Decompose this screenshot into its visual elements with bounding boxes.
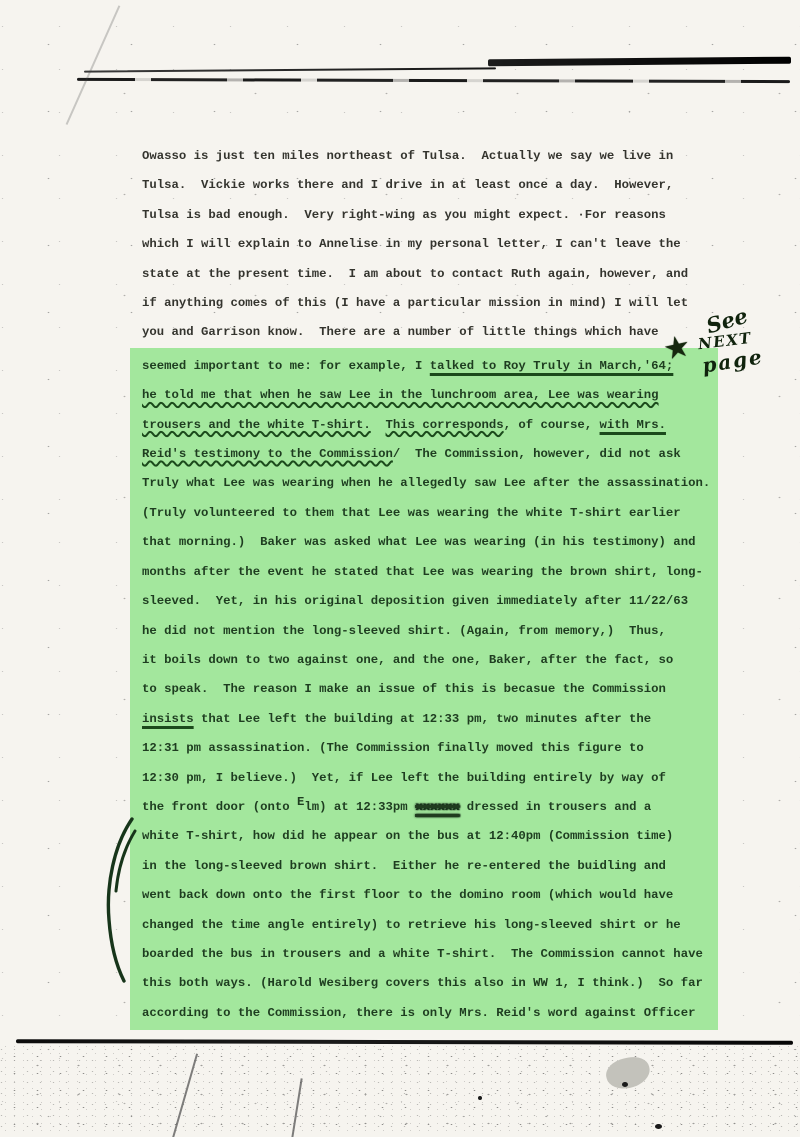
typed-line: sleeved. Yet, in his original deposition… — [142, 587, 718, 616]
scan-artifact-line — [16, 1039, 793, 1045]
typed-text: (Truly volunteered to them that Lee was … — [142, 506, 681, 520]
scan-noise-strip — [0, 1046, 800, 1137]
typed-text: that morning.) Baker was asked what Lee … — [142, 535, 695, 549]
typed-text: it boils down to two against one, and th… — [142, 653, 673, 667]
plain-lines: Owasso is just ten miles northeast of Tu… — [142, 142, 718, 348]
typed-text: state at the present time. I am about to… — [142, 267, 688, 281]
typed-text: 12:31 pm assassination. (The Commission … — [142, 741, 644, 755]
typed-text-body: Owasso is just ten miles northeast of Tu… — [142, 142, 718, 1030]
typed-text: white T-shirt, how did he appear on the … — [142, 829, 673, 843]
typed-text: Tulsa is bad enough. Very right-wing as … — [142, 208, 666, 222]
typed-line: he told me that when he saw Lee in the l… — [142, 381, 718, 410]
underlined-text: with Mrs. — [600, 418, 666, 432]
typed-line: Owasso is just ten miles northeast of Tu… — [142, 142, 718, 171]
typed-text: months after the event he stated that Le… — [142, 565, 703, 579]
typed-line: Tulsa. Vickie works there and I drive in… — [142, 171, 718, 200]
typed-line: you and Garrison know. There are a numbe… — [142, 318, 718, 347]
typed-text: to speak. The reason I make an issue of … — [142, 682, 666, 696]
scan-speck — [655, 1124, 662, 1129]
typed-line: according to the Commission, there is on… — [142, 999, 718, 1028]
typed-line: it boils down to two against one, and th… — [142, 646, 718, 675]
scanned-letter-page: Owasso is just ten miles northeast of Tu… — [0, 0, 800, 1137]
typed-text: which I will explain to Annelise in my p… — [142, 237, 681, 251]
typed-line: Tulsa is bad enough. Very right-wing as … — [142, 201, 718, 230]
typed-line: 12:31 pm assassination. (The Commission … — [142, 734, 718, 763]
typed-line: Truly what Lee was wearing when he alleg… — [142, 469, 718, 498]
typed-text: according to the Commission, there is on… — [142, 1006, 695, 1020]
typed-text: that Lee left the building at 12:33 pm, … — [194, 712, 652, 726]
typed-text: dressed in trousers and a — [459, 800, 651, 814]
underlined-text: insists — [142, 712, 194, 726]
typed-line: to speak. The reason I make an issue of … — [142, 675, 718, 704]
scan-artifact-line — [77, 78, 790, 83]
typed-line: Reid's testimony to the Commission/ The … — [142, 440, 718, 469]
typed-line: seemed important to me: for example, I t… — [142, 352, 718, 381]
scan-hairline — [291, 1078, 302, 1137]
typed-text: sleeved. Yet, in his original deposition… — [142, 594, 688, 608]
typed-line: white T-shirt, how did he appear on the … — [142, 822, 718, 851]
typed-line: state at the present time. I am about to… — [142, 260, 718, 289]
typed-text: Tulsa. Vickie works there and I drive in… — [142, 178, 673, 192]
highlighted-passage: seemed important to me: for example, I t… — [130, 348, 718, 1030]
typed-line: changed the time angle entirely) to retr… — [142, 911, 718, 940]
scan-hairline — [172, 1053, 198, 1137]
typed-text: if anything comes of this (I have a part… — [142, 296, 688, 310]
underlined-text: talked to Roy Truly in March,'64; — [430, 359, 674, 373]
typed-text: you and Garrison know. There are a numbe… — [142, 325, 659, 339]
typed-line: if anything comes of this (I have a part… — [142, 289, 718, 318]
scan-hairline — [66, 5, 120, 124]
typed-text — [371, 418, 386, 432]
scan-artifact-line — [84, 67, 496, 72]
typed-line: insists that Lee left the building at 12… — [142, 705, 718, 734]
typed-line: which I will explain to Annelise in my p… — [142, 230, 718, 259]
typed-text: changed the time angle entirely) to retr… — [142, 918, 681, 932]
margin-pen-stroke — [102, 815, 138, 987]
typed-text: Truly what Lee was wearing when he alleg… — [142, 476, 710, 490]
scan-speck — [478, 1096, 482, 1100]
typed-line: went back down onto the first floor to t… — [142, 881, 718, 910]
typed-text: Owasso is just ten miles northeast of Tu… — [142, 149, 673, 163]
typed-text: seemed important to me: for example, I — [142, 359, 430, 373]
scan-smudge — [603, 1054, 652, 1092]
typed-text: 12:30 pm, I believe.) Yet, if Lee left t… — [142, 771, 666, 785]
underlined-text: Reid's testimony to the Commission — [142, 447, 393, 461]
typed-line: months after the event he stated that Le… — [142, 558, 718, 587]
typed-text: the front door (onto — [142, 800, 297, 814]
typed-line: this both ways. (Harold Wesiberg covers … — [142, 969, 718, 998]
typed-text: in the long-sleeved brown shirt. Either … — [142, 859, 666, 873]
typed-line: 12:30 pm, I believe.) Yet, if Lee left t… — [142, 764, 718, 793]
struck-out-text: xxxxxx — [415, 800, 459, 814]
underlined-text: trousers and the white T-shirt. — [142, 418, 371, 432]
scan-artifact-line — [488, 57, 791, 67]
typed-line: he did not mention the long-sleeved shir… — [142, 617, 718, 646]
typed-line: that morning.) Baker was asked what Lee … — [142, 528, 718, 557]
typed-text: he did not mention the long-sleeved shir… — [142, 624, 666, 638]
scan-speck — [622, 1082, 628, 1087]
underlined-text: he told me that when he saw Lee in the l… — [142, 388, 659, 402]
typed-text: went back down onto the first floor to t… — [142, 888, 673, 902]
typed-line: trousers and the white T-shirt. This cor… — [142, 411, 718, 440]
typed-line: in the long-sleeved brown shirt. Either … — [142, 852, 718, 881]
underlined-text: This corresponds — [386, 418, 504, 432]
typed-text: lm) at 12:33pm — [304, 800, 415, 814]
typed-text: E — [297, 795, 304, 809]
typed-text: / The Commission, however, did not ask — [393, 447, 681, 461]
typed-line: the front door (onto Elm) at 12:33pm xxx… — [142, 793, 718, 822]
typed-line: boarded the bus in trousers and a white … — [142, 940, 718, 969]
typed-text: , of course, — [504, 418, 600, 432]
typed-text: this both ways. (Harold Wesiberg covers … — [142, 976, 703, 990]
typed-text: boarded the bus in trousers and a white … — [142, 947, 703, 961]
typed-line: (Truly volunteered to them that Lee was … — [142, 499, 718, 528]
